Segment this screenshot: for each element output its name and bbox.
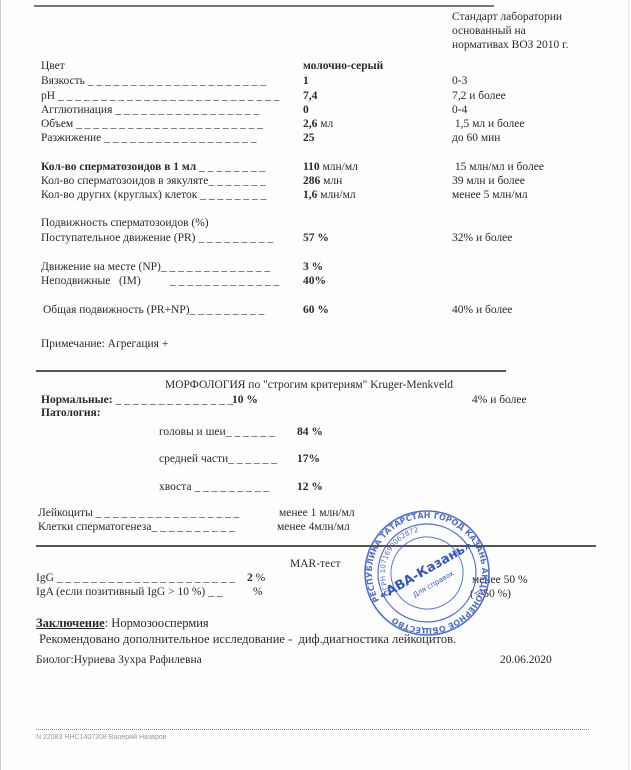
pathology-label-midpiece: средней части_ _ _ _ _ _ [159,452,277,466]
count-value-round-cells: 1,6 млн/мл [303,188,356,202]
param-norm-liquefaction: до 60 мин [452,131,500,145]
pathology-value-midpiece: 17% [297,452,320,466]
pathology-value-head: 84 % [297,425,323,439]
cells-norm-spermatogenesis: менее 4млн/мл [277,520,350,534]
pathology-label-tail: хвоста _ _ _ _ _ _ _ _ _ [159,480,269,494]
pathology-value-tail: 12 % [297,480,323,494]
cells-label-spermatogenesis: Клетки сперматогенеза_ _ _ _ _ _ _ _ _ _ [38,520,235,534]
motility-label-pr: Поступательное движение (PR) _ _ _ _ _ _… [41,231,273,245]
motility-label-im: Неподвижные (IM) [41,274,141,288]
param-label-ph: pH _ _ _ _ _ _ _ _ _ _ _ _ _ _ _ _ _ _ _… [41,89,279,103]
conclusion-recommendation: Рекомендовано дополнительное исследовани… [36,632,456,647]
divider-morphology [36,370,506,372]
param-value-ph: 7,4 [303,89,317,103]
param-value-volume: 2,6 мл [303,117,333,131]
morphology-title: МОРФОЛОГИЯ по "строгим критериям" Kruger… [165,378,453,392]
company-stamp-icon: РЕСПУБЛИКА ТАТАРСТАН ГОРОД КАЗАНЬ АКЦИОН… [362,508,492,638]
morphology-normal-label: Нормальные: _ _ _ _ _ _ _ _ _ _ _ _ _ _ [41,393,233,407]
param-label-viscosity: Вязкость _ _ _ _ _ _ _ _ _ _ _ _ _ _ _ _… [41,74,266,88]
standard-line-1: Стандарт лаборатории [452,10,562,24]
page-edge-right [628,0,629,770]
count-norm-round-cells: менее 5 млн/мл [452,188,528,202]
param-value-color: молочно-серый [303,59,383,73]
count-label-ejaculate: Кол-во сперматозоидов в эякуляте_ _ _ _ … [41,174,266,188]
param-norm-volume: 1,5 мл и более [452,117,524,131]
param-value-agglutination: 0 [303,103,309,117]
param-norm-agglutination: 0-4 [452,103,467,117]
pathology-label-head: головы и шеи_ _ _ _ _ _ [159,425,275,439]
param-value-liquefaction: 25 [303,131,315,145]
motility-norm-pr: 32% и более [452,231,512,245]
mar-igg-value: 2 % [247,571,265,585]
count-norm-ejaculate: 39 млн и более [452,174,525,188]
param-label-liquefaction: Разжижение _ _ _ _ _ _ _ _ _ _ _ _ _ _ _… [41,131,257,145]
motility-title: Подвижность сперматозоидов (%) [41,216,209,230]
mar-igg-label: IgG _ _ _ _ _ _ _ _ _ _ _ _ _ _ _ _ _ _ … [36,571,235,585]
param-label-color: Цвет [41,59,65,73]
conclusion-line: Заключение: Нормозооспермия [36,616,209,631]
morphology-pathology-label: Патология: [41,406,101,420]
count-label-round-cells: Кол-во других (круглых) клеток _ _ _ _ _… [41,188,266,202]
report-date: 20.06.2020 [500,653,552,667]
footer-divider [36,729,589,731]
cells-norm-leukocytes: менее 1 млн/мл [279,506,355,520]
biologist-signature: Биолог:Нуриева Зухра Рафилевна [36,653,202,667]
footer-text: N 22083 HHC1407208 Валерий Назаров [36,734,166,741]
motility-value-pr: 57 % [303,231,329,245]
count-value-ejaculate: 286 млн [303,174,342,188]
standard-line-2: основанный на [452,24,526,38]
top-divider [34,5,494,7]
mar-title: MAR-тест [290,557,341,571]
motility-dashes-im: _ _ _ _ _ _ _ _ _ _ _ _ _ [170,274,279,288]
motility-label-total: Общая подвижность (PR+NP)_ _ _ _ _ _ _ _… [43,303,264,317]
morphology-normal-value: 10 % [232,393,258,407]
motility-value-np: 3 % [303,260,323,274]
param-value-viscosity: 1 [303,74,309,88]
param-norm-viscosity: 0-3 [452,74,467,88]
motility-value-im: 40% [303,274,326,288]
count-norm-per-ml: 15 млн/мл и более [452,160,544,174]
count-label-per-ml: Кол-во сперматозоидов в 1 мл _ _ _ _ _ _… [41,160,265,174]
standard-line-3: нормативах ВОЗ 2010 г. [452,38,568,52]
divider-mar [36,545,596,547]
note-aggregation: Примечание: Агрегация + [41,337,168,351]
count-value-per-ml: 110 млн/мл [303,160,358,174]
motility-value-total: 60 % [303,303,329,317]
morphology-normal-norm: 4% и более [472,393,527,407]
param-norm-ph: 7,2 и более [452,89,506,103]
cells-label-leukocytes: Лейкоциты _ _ _ _ _ _ _ _ _ _ _ _ _ _ _ … [38,506,239,520]
page-edge-left [0,0,1,770]
mar-iga-label: IgA (если позитивный IgG > 10 %) _ _ [36,585,223,599]
mar-iga-value: % [253,585,263,599]
motility-label-np: Движение на месте (NP)_ _ _ _ _ _ _ _ _ … [41,260,270,274]
param-label-volume: Объем _ _ _ _ _ _ _ _ _ _ _ _ _ _ _ _ _ … [41,117,263,131]
motility-norm-total: 40% и более [452,303,512,317]
param-label-agglutination: Агглютинация _ _ _ _ _ _ _ _ _ _ _ _ _ _… [41,103,259,117]
